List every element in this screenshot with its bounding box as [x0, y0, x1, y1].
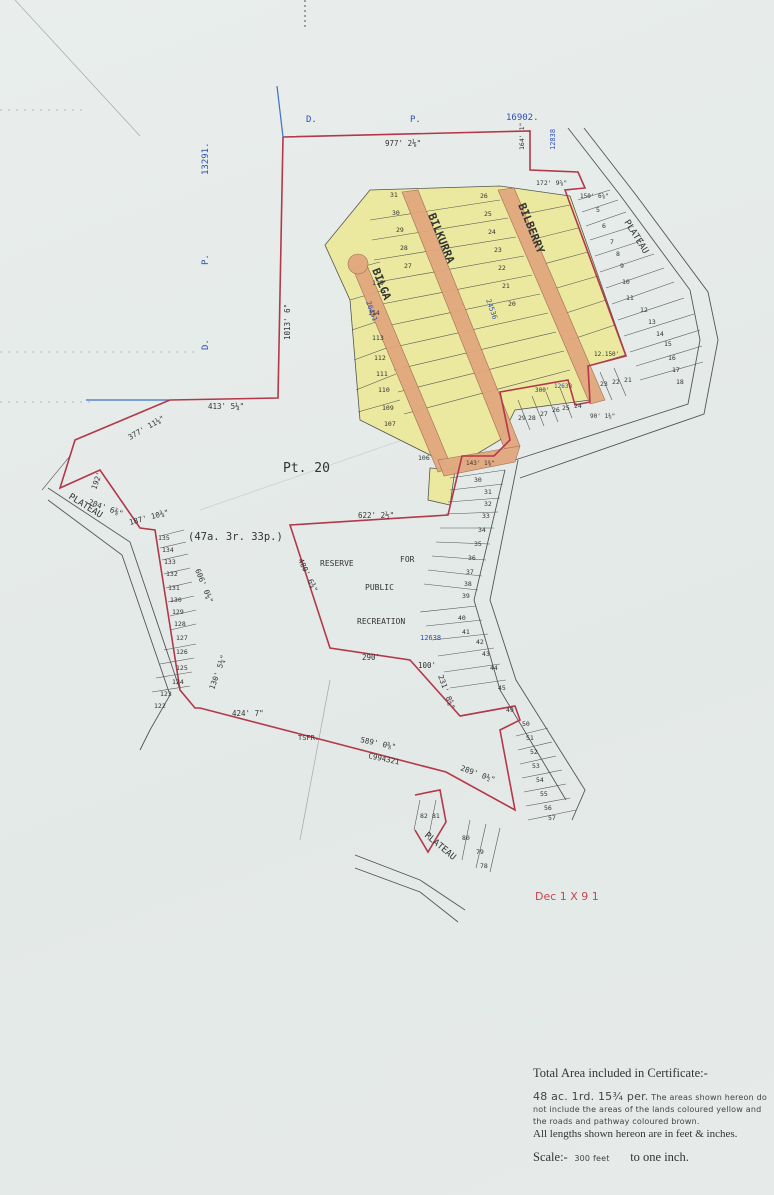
dim-reserve-bottom: 290' [362, 653, 380, 662]
svg-text:18: 18 [676, 378, 684, 386]
svg-text:6: 6 [602, 222, 606, 230]
dim-nr-150: 150' 6⅝" [580, 193, 609, 200]
svg-text:26: 26 [552, 406, 560, 414]
legend-scale-suffix: to one inch. [630, 1150, 689, 1164]
svg-text:79: 79 [476, 848, 484, 856]
svg-text:57: 57 [548, 814, 556, 822]
svg-text:39: 39 [462, 592, 470, 600]
dim-143: 143' 1⅜" [466, 460, 495, 467]
svg-text:27: 27 [404, 262, 412, 270]
svg-text:106: 106 [418, 454, 430, 462]
svg-text:112: 112 [374, 354, 386, 362]
legend-lengths: All lengths shown hereon are in feet & i… [533, 1128, 773, 1140]
svg-text:28: 28 [528, 414, 536, 422]
svg-text:81: 81 [432, 812, 440, 820]
svg-text:55: 55 [540, 790, 548, 798]
svg-text:133: 133 [164, 558, 176, 566]
svg-text:80: 80 [462, 834, 470, 842]
label-num: 16902. [506, 113, 539, 123]
dp-12638-mid: 12638 [420, 634, 441, 642]
left-p: P. [201, 254, 211, 265]
svg-text:53: 53 [532, 762, 540, 770]
svg-text:27: 27 [540, 410, 548, 418]
left-d: D. [201, 339, 211, 350]
svg-text:26: 26 [480, 192, 488, 200]
svg-text:43: 43 [482, 650, 490, 658]
svg-text:44: 44 [490, 664, 498, 672]
dim-424: 424' 7" [232, 709, 264, 718]
svg-text:8: 8 [616, 250, 620, 258]
svg-text:122: 122 [154, 702, 166, 710]
dim-reserve-left: 480' 6¾" [296, 557, 319, 594]
left-num: 13291. [201, 142, 211, 175]
dim-289: 289' 0½" [459, 763, 496, 784]
svg-text:111: 111 [376, 370, 388, 378]
label-c-num: C994321 [368, 751, 401, 766]
reserve-line-3: PUBLIC [365, 583, 394, 592]
svg-text:41: 41 [462, 628, 470, 636]
svg-text:82: 82 [420, 812, 428, 820]
legend-title: Total Area included in Certificate:- [533, 1066, 773, 1081]
street-plateau-ne: PLATEAU [621, 218, 650, 255]
svg-text:23: 23 [494, 246, 502, 254]
dim-reserve-top: 622' 2½" [358, 511, 394, 520]
reserve-line-4: RECREATION [357, 617, 405, 626]
svg-text:45: 45 [498, 684, 506, 692]
dim-reserve-100: 100' [418, 661, 436, 670]
svg-text:37: 37 [466, 568, 474, 576]
svg-text:15: 15 [664, 340, 672, 348]
svg-text:126: 126 [176, 648, 188, 656]
svg-text:110: 110 [378, 386, 390, 394]
blue-lines [86, 86, 283, 400]
svg-text:22: 22 [612, 378, 620, 386]
svg-text:130: 130 [170, 596, 182, 604]
dim-left-vertical: 1013' 6" [283, 304, 292, 340]
svg-text:36: 36 [468, 554, 476, 562]
svg-text:115: 115 [372, 279, 384, 287]
label-p: P. [410, 115, 421, 125]
svg-text:24: 24 [488, 228, 496, 236]
svg-text:21: 21 [624, 376, 632, 384]
svg-text:29: 29 [518, 414, 526, 422]
dp-12638: 12638 [554, 383, 572, 390]
dim-top: 977' 2⅛" [385, 139, 421, 148]
dim-diag: 377' 11⅛" [127, 414, 167, 442]
label-pt20: Pt. 20 [283, 461, 330, 476]
svg-text:25: 25 [484, 210, 492, 218]
svg-text:7: 7 [610, 238, 614, 246]
svg-text:29: 29 [396, 226, 404, 234]
svg-text:131: 131 [168, 584, 180, 592]
svg-text:11: 11 [626, 294, 634, 302]
survey-plan: D. P. 16902. 13291. P. D. 12838 12638 26… [0, 0, 774, 1195]
legend: Total Area included in Certificate:- 48 … [533, 1066, 773, 1165]
dim-nr-side: 164' 1" [518, 123, 526, 150]
label-tsfr: TSFR. [298, 734, 319, 742]
svg-text:124: 124 [172, 678, 184, 686]
svg-text:125: 125 [176, 664, 188, 672]
svg-text:30: 30 [474, 476, 482, 484]
dim-left-bottom: 413' 5¼" [208, 402, 244, 411]
svg-text:13: 13 [648, 318, 656, 326]
dim-589: 589' 0⅝" [360, 735, 397, 751]
label-area: (47a. 3r. 33p.) [188, 531, 283, 543]
svg-text:134: 134 [162, 546, 174, 554]
street-plateau-s: PLATEAU [422, 831, 457, 863]
dim-300: 300' [535, 387, 549, 394]
dim-187: 187' 10¾" [128, 508, 170, 527]
svg-text:123: 123 [160, 690, 172, 698]
svg-text:129: 129 [172, 608, 184, 616]
svg-text:114: 114 [368, 309, 380, 317]
parcel-labels: Pt. 20 (47a. 3r. 33p.) RESERVE FOR PUBLI… [188, 461, 415, 767]
legend-scale-label: Scale:- [533, 1150, 568, 1164]
reserve-line-1: RESERVE [320, 559, 354, 568]
svg-text:32: 32 [484, 500, 492, 508]
svg-text:33: 33 [482, 512, 490, 520]
svg-text:132: 132 [166, 570, 178, 578]
svg-text:5: 5 [596, 206, 600, 214]
svg-text:38: 38 [464, 580, 472, 588]
red-stamp: Dec 1 X 9 1 [535, 890, 599, 903]
svg-text:9: 9 [620, 262, 624, 270]
label-d: D. [306, 115, 317, 125]
dim-606: 606' 0⅛" [193, 567, 215, 604]
svg-text:14: 14 [656, 330, 664, 338]
dim-130: 130' 5¼" [207, 654, 228, 691]
svg-text:135: 135 [158, 534, 170, 542]
svg-text:20: 20 [508, 300, 516, 308]
svg-text:49: 49 [506, 706, 514, 714]
svg-text:51: 51 [526, 734, 534, 742]
legend-scale-value: 300 feet [574, 1154, 609, 1163]
svg-text:30: 30 [392, 209, 400, 217]
svg-text:40: 40 [458, 614, 466, 622]
svg-text:28: 28 [400, 244, 408, 252]
svg-text:113: 113 [372, 334, 384, 342]
dim-nr-top: 172' 9⅝" [536, 179, 567, 187]
svg-text:42: 42 [476, 638, 484, 646]
svg-text:31: 31 [484, 488, 492, 496]
reserve-line-2: FOR [400, 555, 415, 564]
svg-text:50: 50 [522, 720, 530, 728]
dim-90: 90' 1⅜" [590, 413, 615, 420]
svg-text:107: 107 [384, 420, 396, 428]
svg-text:128: 128 [174, 620, 186, 628]
svg-text:35: 35 [474, 540, 482, 548]
svg-text:54: 54 [536, 776, 544, 784]
legend-area: 48 ac. 1rd. 15¾ per. [533, 1090, 649, 1103]
dp-12838: 12838 [549, 129, 557, 150]
svg-text:17: 17 [672, 366, 680, 374]
svg-text:109: 109 [382, 404, 394, 412]
svg-text:22: 22 [498, 264, 506, 272]
svg-text:12: 12 [640, 306, 648, 314]
svg-text:10: 10 [622, 278, 630, 286]
svg-text:127: 127 [176, 634, 188, 642]
svg-text:31: 31 [390, 191, 398, 199]
svg-text:21: 21 [502, 282, 510, 290]
svg-text:52: 52 [530, 748, 538, 756]
svg-text:23: 23 [600, 380, 608, 388]
svg-text:24: 24 [574, 402, 582, 410]
svg-text:78: 78 [480, 862, 488, 870]
svg-text:16: 16 [668, 354, 676, 362]
svg-text:34: 34 [478, 526, 486, 534]
dim-12150: 12.150' [594, 351, 619, 358]
svg-text:25: 25 [562, 404, 570, 412]
svg-text:56: 56 [544, 804, 552, 812]
